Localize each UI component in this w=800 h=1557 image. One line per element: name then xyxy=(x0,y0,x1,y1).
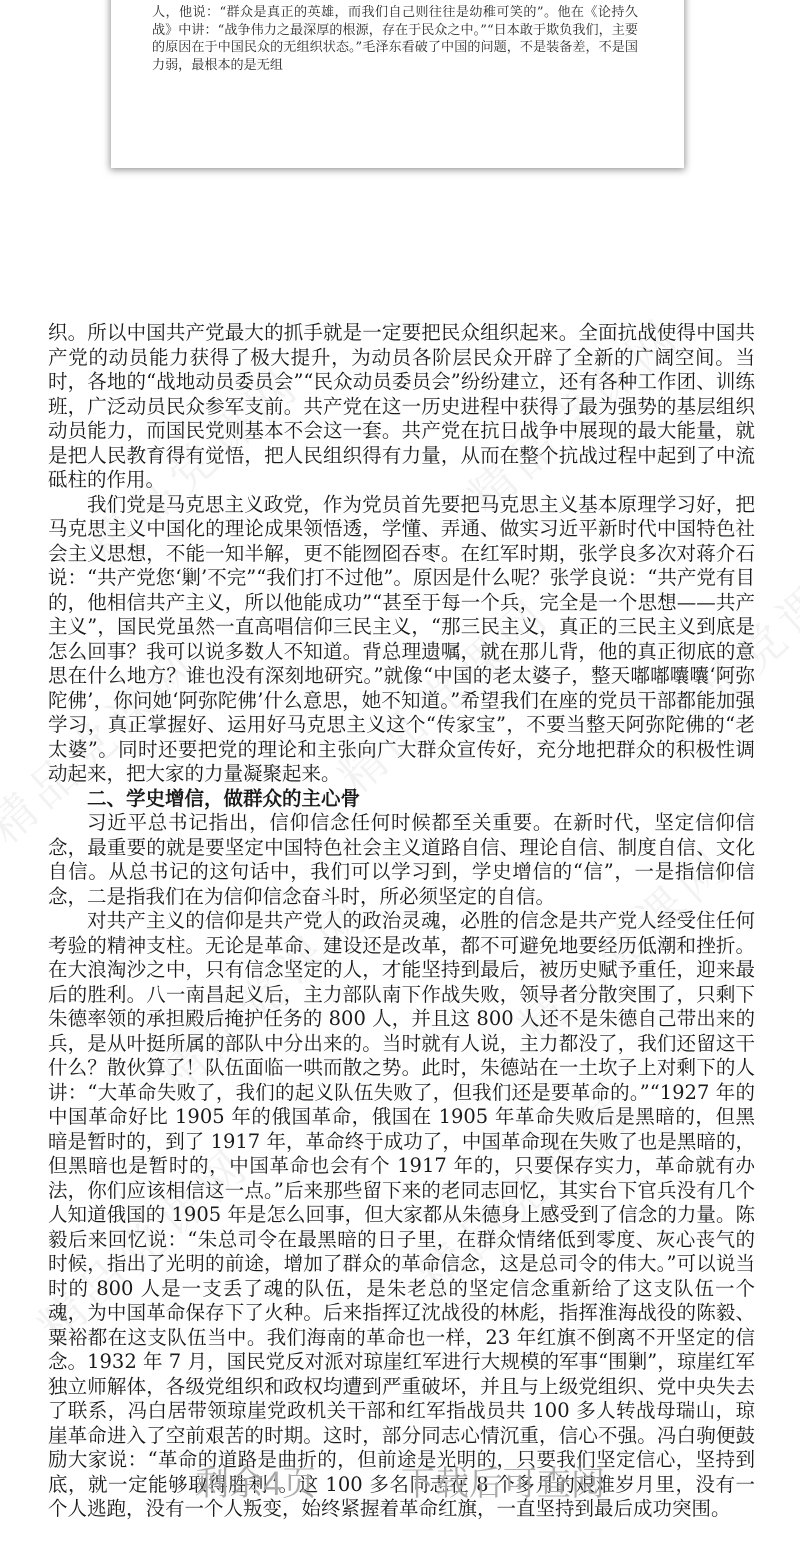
paragraph: 对共产主义的信仰是共产党人的政治灵魂，必胜的信念是共产党人经受住任何考验的精神支… xyxy=(48,909,755,1522)
page-preview-text: 人，他说：“群众是真正的英雄，而我们自己则往往是幼稚可笑的”。他在《论持久战》中… xyxy=(152,4,638,74)
article-body: 织。所以中国共产党最大的抓手就是一定要把民众组织起来。全面抗战使得中国共产党的动… xyxy=(48,321,755,1522)
footer-hint: 剩余4页 下载后可查阅 xyxy=(0,1456,800,1505)
remaining-pages-label: 剩余4页 xyxy=(195,1465,316,1503)
paragraph: 我们党是马克思主义政党，作为党员首先要把马克思主义基本原理学习好，把马克思主义中… xyxy=(48,493,755,787)
document-preview-page: 精品党课网 精品党课网 精品党课网 精品党课网 精品党课网 精品党课网 精品党课… xyxy=(0,0,800,1557)
download-hint-label: 下载后可查阅 xyxy=(401,1465,605,1503)
section-heading: 二、学史增信，做群众的主心骨 xyxy=(48,787,755,812)
paragraph: 习近平总书记指出，信仰信念任何时候都至关重要。在新时代，坚定信仰信念，最重要的就… xyxy=(48,811,755,909)
page-preview-card: 人，他说：“群众是真正的英雄，而我们自己则往往是幼稚可笑的”。他在《论持久战》中… xyxy=(111,0,684,168)
paragraph-continuation: 织。所以中国共产党最大的抓手就是一定要把民众组织起来。全面抗战使得中国共产党的动… xyxy=(48,321,755,493)
